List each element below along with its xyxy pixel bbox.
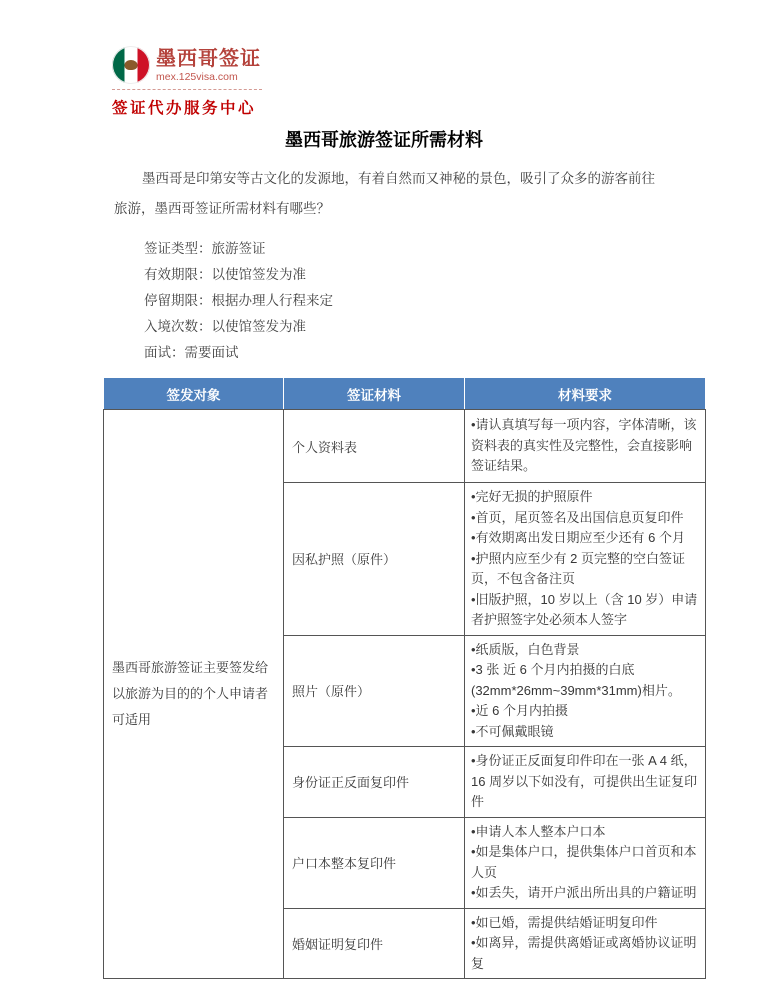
requirement-item: •护照内应至少有 2 页完整的空白签证页，不包含备注页 [471,549,699,590]
material-cell: 个人资料表 [284,410,465,483]
requirement-item: •如离异，需提供离婚证或离婚协议证明复 [471,933,699,974]
requirement-item: •如已婚，需提供结婚证明复印件 [471,913,699,934]
visa-info-line: 面试：需要面试 [144,340,333,366]
issue-target-cell: 墨西哥旅游签证主要签发给以旅游为目的的个人申请者可适用 [104,410,284,979]
requirement-item: •如是集体户口，提供集体户口首页和本人页 [471,842,699,883]
requirement-item: •完好无损的护照原件 [471,487,699,508]
document-page: 墨西哥签证 mex.125visa.com 签证代办服务中心 墨西哥旅游签证所需… [0,0,768,994]
requirement-item: •纸质版，白色背景 [471,640,699,661]
material-cell: 户口本整本复印件 [284,817,465,908]
requirement-cell: •请认真填写每一项内容，字体清晰，该资料表的真实性及完整性，会直接影响签证结果。 [465,410,706,483]
requirement-item: •申请人本人整本户口本 [471,822,699,843]
requirement-cell: •身份证正反面复印件印在一张 A 4 纸，16 周岁以下如没有，可提供出生证复印… [465,747,706,818]
site-logo: 墨西哥签证 mex.125visa.com 签证代办服务中心 [112,46,262,118]
logo-tagline: 签证代办服务中心 [112,89,262,118]
requirement-item: •如丢失，请开户派出所出具的户籍证明 [471,883,699,904]
col-header-issue-target: 签发对象 [104,378,284,410]
table-header-row: 签发对象 签证材料 材料要求 [104,378,706,410]
logo-url-text: mex.125visa.com [156,71,261,83]
requirement-cell: •申请人本人整本户口本•如是集体户口，提供集体户口首页和本人页•如丢失，请开户派… [465,817,706,908]
visa-info-line: 停留期限：根据办理人行程来定 [144,288,333,314]
eagle-icon [125,60,138,70]
material-cell: 婚姻证明复印件 [284,908,465,979]
requirement-item: •身份证正反面复印件印在一张 A 4 纸，16 周岁以下如没有，可提供出生证复印… [471,751,699,813]
mexico-flag-icon [112,46,150,84]
requirement-item: •3 张 近 6 个月内拍摄的白底 (32mm*26mm~39mm*31mm)相… [471,660,699,701]
requirement-cell: •如已婚，需提供结婚证明复印件•如离异，需提供离婚证或离婚协议证明复 [465,908,706,979]
visa-info-line: 入境次数：以使馆签发为准 [144,314,333,340]
requirement-cell: •纸质版，白色背景•3 张 近 6 个月内拍摄的白底 (32mm*26mm~39… [465,635,706,747]
col-header-requirement: 材料要求 [465,378,706,410]
intro-paragraph: 墨西哥是印第安等古文化的发源地，有着自然而又神秘的景色，吸引了众多的游客前往旅游… [114,164,658,224]
visa-info-list: 签证类型：旅游签证有效期限：以使馆签发为准停留期限：根据办理人行程来定入境次数：… [144,236,333,366]
material-cell: 身份证正反面复印件 [284,747,465,818]
requirements-table: 签发对象 签证材料 材料要求 墨西哥旅游签证主要签发给以旅游为目的的个人申请者可… [103,377,706,979]
col-header-material: 签证材料 [284,378,465,410]
requirement-item: •旧版护照，10 岁以上（含 10 岁）申请者护照签字处必须本人签字 [471,590,699,631]
requirement-item: •有效期离出发日期应至少还有 6 个月 [471,528,699,549]
page-title: 墨西哥旅游签证所需材料 [0,126,768,152]
material-cell: 因私护照（原件） [284,483,465,636]
requirement-item: •请认真填写每一项内容，字体清晰，该资料表的真实性及完整性，会直接影响签证结果。 [471,415,699,477]
material-cell: 照片（原件） [284,635,465,747]
requirement-item: •首页，尾页签名及出国信息页复印件 [471,508,699,529]
logo-brand-text: 墨西哥签证 [156,48,261,70]
visa-info-line: 签证类型：旅游签证 [144,236,333,262]
requirement-item: •不可佩戴眼镜 [471,722,699,743]
logo-row: 墨西哥签证 mex.125visa.com [112,46,262,84]
table-row: 墨西哥旅游签证主要签发给以旅游为目的的个人申请者可适用个人资料表•请认真填写每一… [104,410,706,483]
visa-info-line: 有效期限：以使馆签发为准 [144,262,333,288]
logo-text-block: 墨西哥签证 mex.125visa.com [156,48,261,83]
requirement-cell: •完好无损的护照原件•首页，尾页签名及出国信息页复印件•有效期离出发日期应至少还… [465,483,706,636]
requirement-item: •近 6 个月内拍摄 [471,701,699,722]
